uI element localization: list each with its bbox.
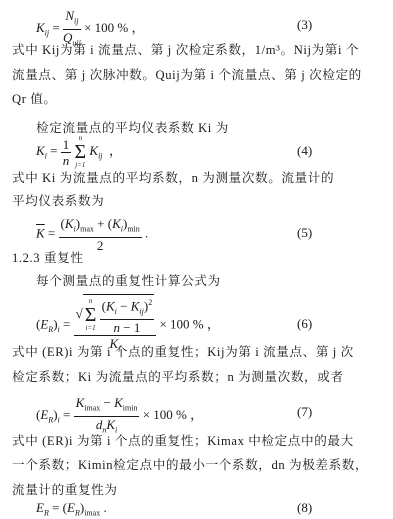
text-line: 式中 (ER)i 为第 i 个点的重复性；Kimax 中检定点中的最大 xyxy=(12,433,354,449)
equation-number-6: (6) xyxy=(297,316,312,332)
equation-number-5: (5) xyxy=(297,225,312,241)
equation-number-3: (3) xyxy=(297,17,312,33)
text-line: 每个测量点的重复性计算公式为 xyxy=(36,273,221,289)
text-line: 一个系数；Kimin检定点中的最小一个系数，dn 为极差系数， xyxy=(12,457,368,473)
text-line: 流量点、第 j 次脉冲数。Quij为第 i 个流量点、第 j 次检定的 xyxy=(12,67,362,83)
equation-8: ER = (ER)imax . xyxy=(36,500,107,518)
equation-number-8: (8) xyxy=(297,500,312,516)
equation-5: K = (Ki)max + (Ki)min2 . xyxy=(36,216,148,253)
equation-number-7: (7) xyxy=(297,404,312,420)
text-line: Qr 值。 xyxy=(12,91,57,107)
text-line: 流量计的重复性为 xyxy=(12,482,118,498)
equation-7: (ER)i = Kimax − KimindnKi × 100 % ， xyxy=(36,395,203,437)
text-line: 式中 Kij为第 i 流量点、第 j 次检定系数，1/m³。Nij为第i 个 xyxy=(12,42,359,58)
text-line: 平均仪表系数为 xyxy=(12,193,104,209)
section-heading: 1.2.3 重复性 xyxy=(12,250,84,266)
text-line: 式中 (ER)i 为第 i 个点的重复性；Kij为第 i 流量点、第 j 次 xyxy=(12,344,354,360)
text-line: 式中 Ki 为流量点的平均系数，n 为测量次数。流量计的 xyxy=(12,170,334,186)
equation-number-4: (4) xyxy=(297,143,312,159)
equation-4: Ki = 1n nΣj=1 Kij ， xyxy=(36,134,122,170)
text-line: 检定系数；Ki 为流量点的平均系数；n 为测量次数，或者 xyxy=(12,369,344,385)
